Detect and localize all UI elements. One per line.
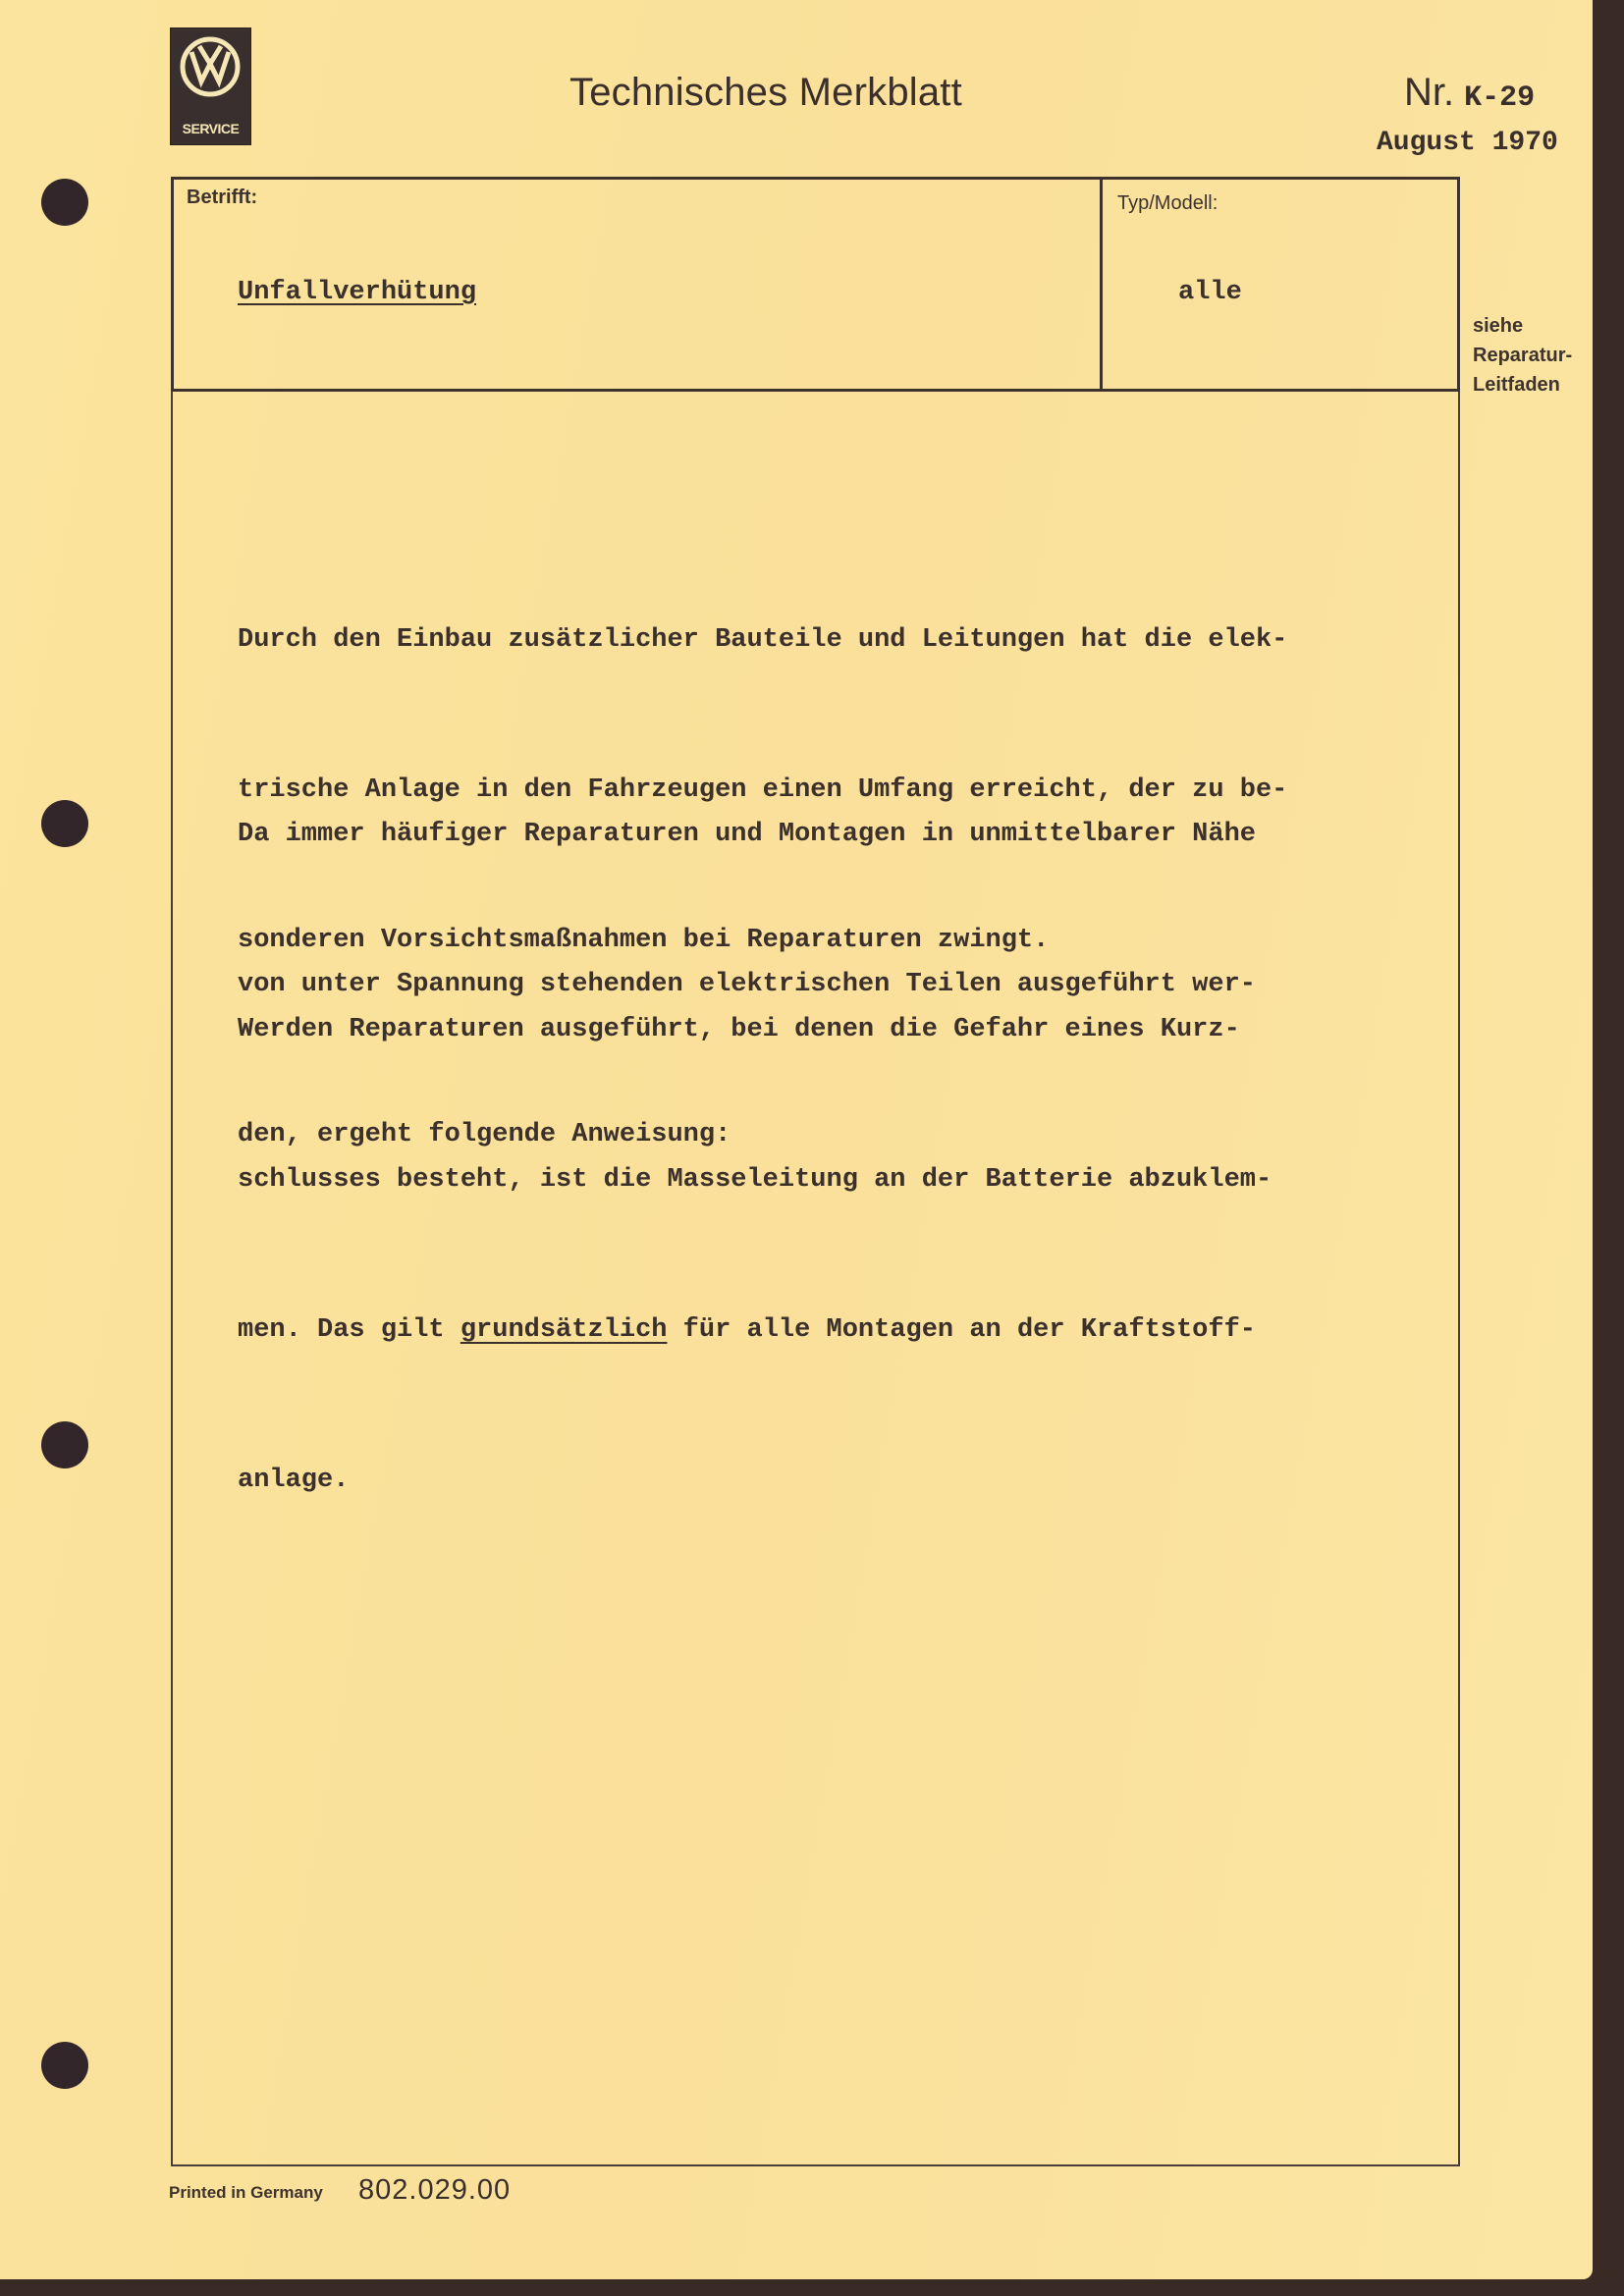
emphasis-text: grundsätzlich — [460, 1315, 668, 1345]
subject-label: Betrifft: — [187, 187, 257, 209]
text-line: men. Das gilt grundsätzlich für alle Mon… — [238, 1306, 1445, 1356]
document-title: Technisches Merkblatt — [569, 71, 962, 115]
document-number: Nr.K-29 — [1404, 71, 1535, 115]
vw-emblem-icon — [178, 34, 243, 99]
punch-hole — [41, 179, 88, 226]
vw-service-logo: SERVICE — [170, 27, 251, 145]
punch-hole — [41, 2042, 88, 2089]
text-line: schlusses besteht, ist die Masseleitung … — [238, 1155, 1445, 1205]
punch-hole — [41, 800, 88, 847]
text-line: Da immer häufiger Reparaturen und Montag… — [238, 810, 1445, 860]
printed-in-label: Printed in Germany — [169, 2183, 323, 2203]
document-page: SERVICE Technisches Merkblatt Nr.K-29 Au… — [0, 0, 1593, 2279]
side-note-line: Reparatur- — [1473, 341, 1572, 370]
punch-hole — [41, 1421, 88, 1468]
model-value: alle — [1178, 278, 1242, 307]
number-label: Nr. — [1404, 71, 1454, 114]
side-note: siehe Reparatur- Leitfaden — [1473, 311, 1572, 400]
text-line: anlage. — [238, 1456, 1445, 1506]
form-number: 802.029.00 — [358, 2174, 511, 2207]
text-line: Werden Reparaturen ausgeführt, bei denen… — [238, 1005, 1445, 1055]
model-label: Typ/Modell: — [1117, 192, 1218, 215]
document-date: August 1970 — [1377, 128, 1558, 158]
number-value: K-29 — [1464, 81, 1535, 115]
subject-value: Unfallverhütung — [238, 278, 476, 307]
side-note-line: siehe — [1473, 311, 1572, 341]
text-span: für alle Montagen an der Kraftstoff- — [667, 1315, 1256, 1345]
text-span: men. Das gilt — [238, 1315, 460, 1345]
text-line: Durch den Einbau zusätzlicher Bauteile u… — [238, 615, 1445, 666]
header-divider — [1100, 177, 1103, 392]
logo-service-text: SERVICE — [171, 121, 250, 136]
side-note-line: Leitfaden — [1473, 370, 1572, 400]
paragraph-3: Werden Reparaturen ausgeführt, bei denen… — [238, 905, 1445, 1606]
